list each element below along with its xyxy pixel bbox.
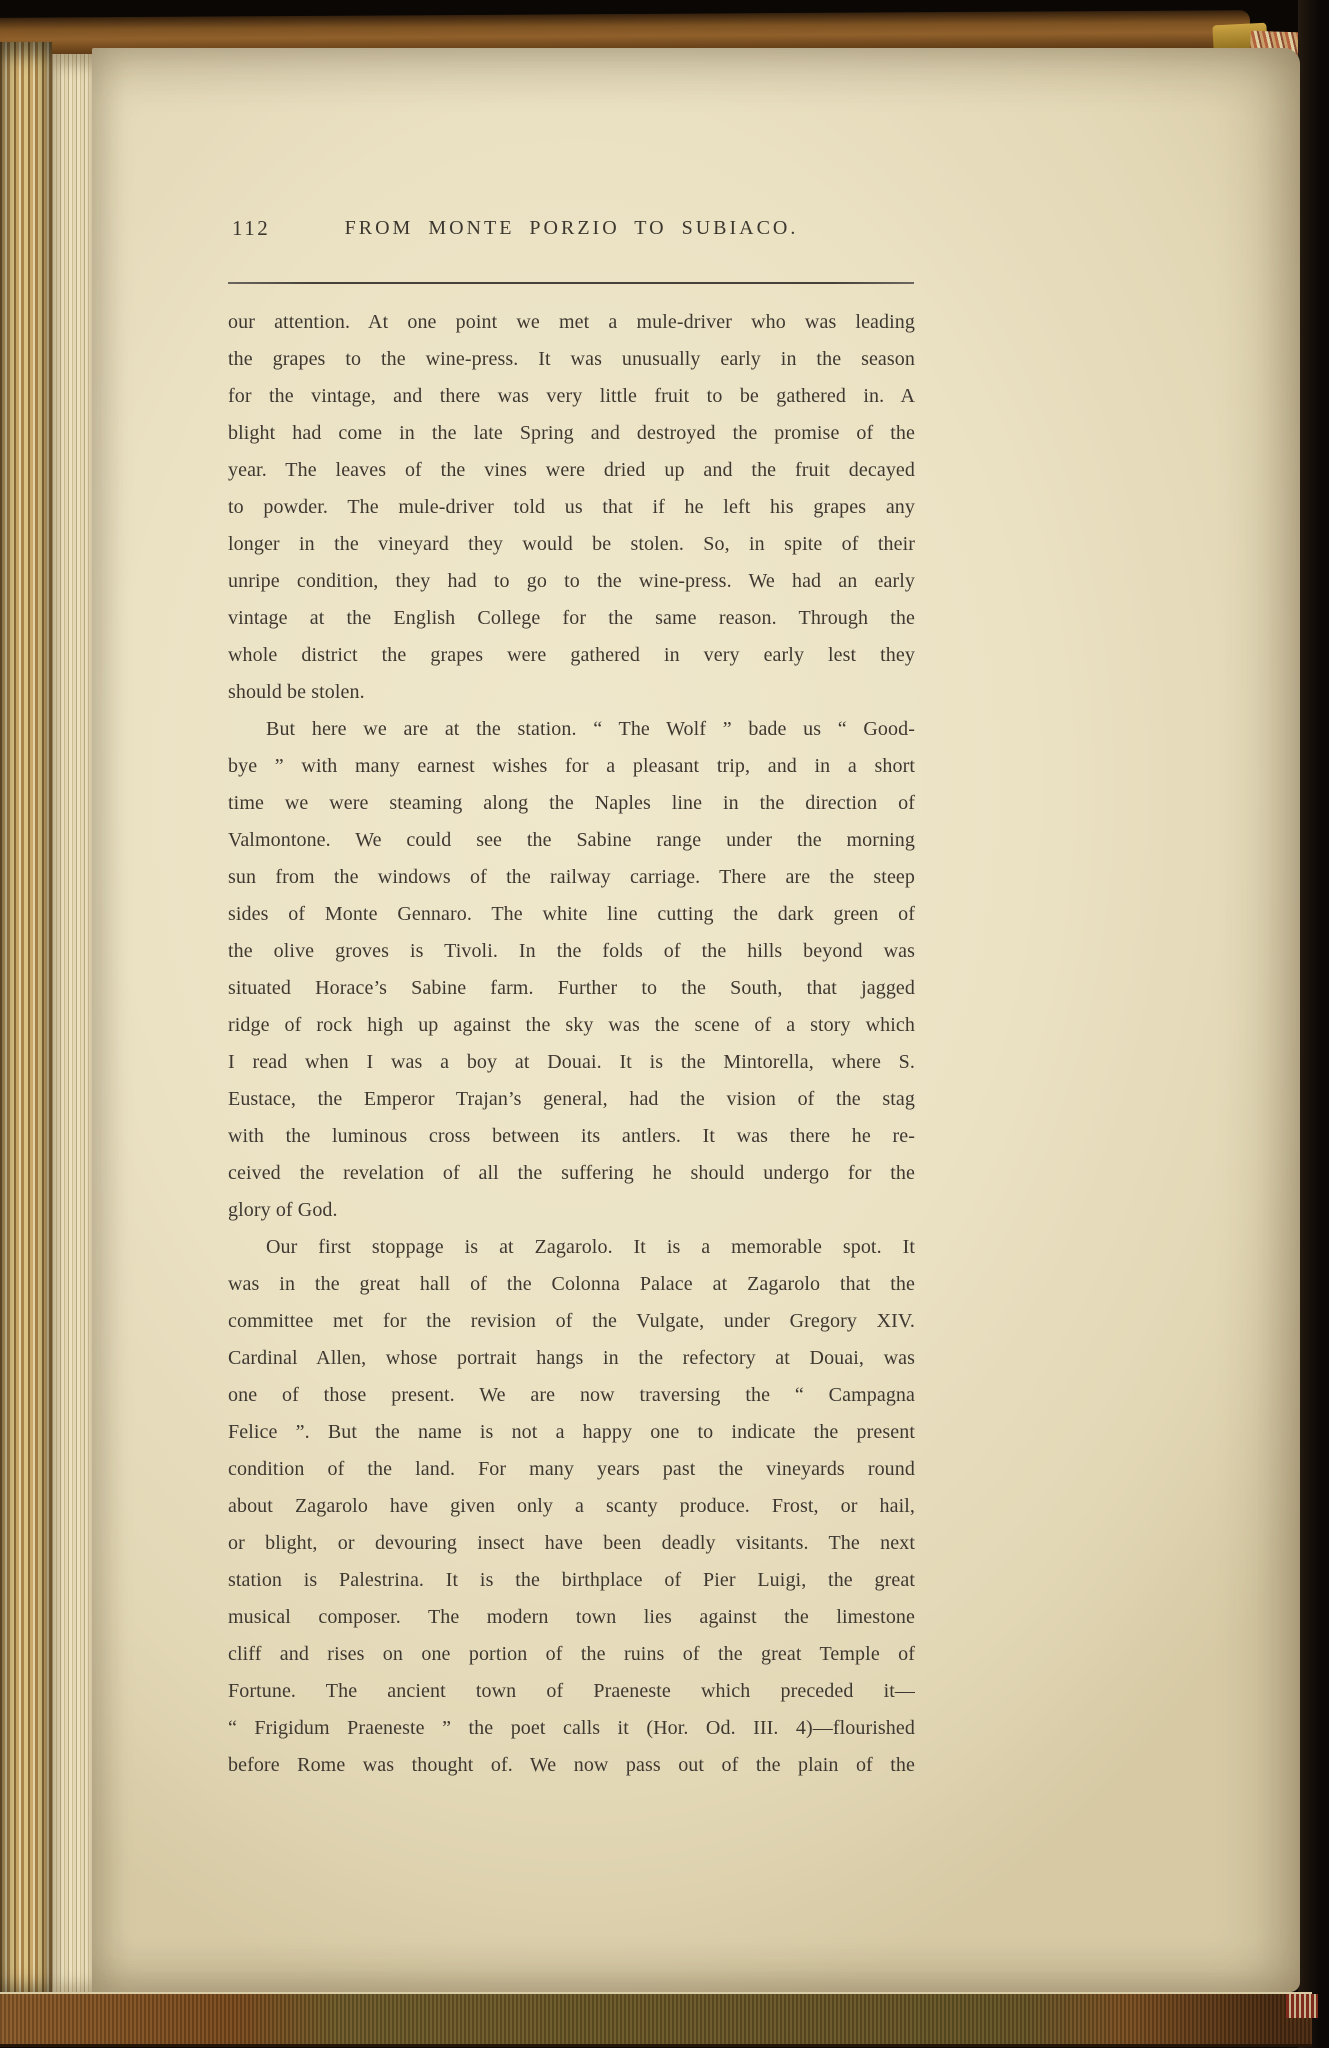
- book-cover-bottom-edge: [0, 1992, 1312, 2047]
- text-line: sun from the windows of the railway carr…: [228, 859, 915, 896]
- text-line: ceived the revelation of all the sufferi…: [228, 1155, 915, 1192]
- text-line: bye ” with many earnest wishes for a ple…: [228, 748, 915, 785]
- page-edges-left-outer: [0, 42, 52, 2000]
- text-line: whole district the grapes were gathered …: [228, 637, 915, 674]
- text-line: Eustace, the Emperor Trajan’s general, h…: [228, 1081, 915, 1118]
- text-line: musical composer. The modern town lies a…: [228, 1599, 915, 1636]
- body-text: our attention. At one point we met a mul…: [228, 304, 915, 1784]
- text-line: Fortune. The ancient town of Praeneste w…: [228, 1673, 915, 1710]
- text-line: “ Frigidum Praeneste ” the poet calls it…: [228, 1710, 915, 1747]
- text-line: our attention. At one point we met a mul…: [228, 304, 915, 341]
- book-photo: 112 FROM MONTE PORZIO TO SUBIACO. our at…: [0, 0, 1329, 2048]
- text-line: Valmontone. We could see the Sabine rang…: [228, 822, 915, 859]
- text-line: time we were steaming along the Naples l…: [228, 785, 915, 822]
- text-line: condition of the land. For many years pa…: [228, 1451, 915, 1488]
- book-page: 112 FROM MONTE PORZIO TO SUBIACO. our at…: [92, 48, 1300, 1992]
- text-line: or blight, or devouring insect have been…: [228, 1525, 915, 1562]
- page-header: 112 FROM MONTE PORZIO TO SUBIACO.: [228, 213, 915, 245]
- text-line: year. The leaves of the vines were dried…: [228, 452, 915, 489]
- text-line: committee met for the revision of the Vu…: [228, 1303, 915, 1340]
- text-line: with the luminous cross between its antl…: [228, 1118, 915, 1155]
- header-rule: [228, 282, 914, 284]
- text-line: glory of God.: [228, 1192, 915, 1229]
- text-line: for the vintage, and there was very litt…: [228, 378, 915, 415]
- text-line: was in the great hall of the Colonna Pal…: [228, 1266, 915, 1303]
- text-line: I read when I was a boy at Douai. It is …: [228, 1044, 915, 1081]
- text-line: Felice ”. But the name is not a happy on…: [228, 1414, 915, 1451]
- text-line: to powder. The mule-driver told us that …: [228, 489, 915, 526]
- text-line: about Zagarolo have given only a scanty …: [228, 1488, 915, 1525]
- text-line: sides of Monte Gennaro. The white line c…: [228, 896, 915, 933]
- text-line: ridge of rock high up against the sky wa…: [228, 1007, 915, 1044]
- text-line: station is Palestrina. It is the birthpl…: [228, 1562, 915, 1599]
- text-line: before Rome was thought of. We now pass …: [228, 1747, 915, 1784]
- text-line: one of those present. We are now travers…: [228, 1377, 915, 1414]
- text-line: longer in the vineyard they would be sto…: [228, 526, 915, 563]
- text-line: should be stolen.: [228, 674, 915, 711]
- text-line: the olive groves is Tivoli. In the folds…: [228, 933, 915, 970]
- text-line: vintage at the English College for the s…: [228, 600, 915, 637]
- text-line: the grapes to the wine-press. It was unu…: [228, 341, 915, 378]
- text-line: unripe condition, they had to go to the …: [228, 563, 915, 600]
- bottom-right-page-edges: [1286, 1994, 1318, 2018]
- text-line: blight had come in the late Spring and d…: [228, 415, 915, 452]
- text-line: Our first stoppage is at Zagarolo. It is…: [228, 1229, 915, 1266]
- text-line: But here we are at the station. “ The Wo…: [228, 711, 915, 748]
- running-title: FROM MONTE PORZIO TO SUBIACO.: [228, 213, 915, 243]
- text-line: Cardinal Allen, whose portrait hangs in …: [228, 1340, 915, 1377]
- text-line: situated Horace’s Sabine farm. Further t…: [228, 970, 915, 1007]
- text-line: cliff and rises on one portion of the ru…: [228, 1636, 915, 1673]
- book-cover-right-edge: [1298, 0, 1329, 2048]
